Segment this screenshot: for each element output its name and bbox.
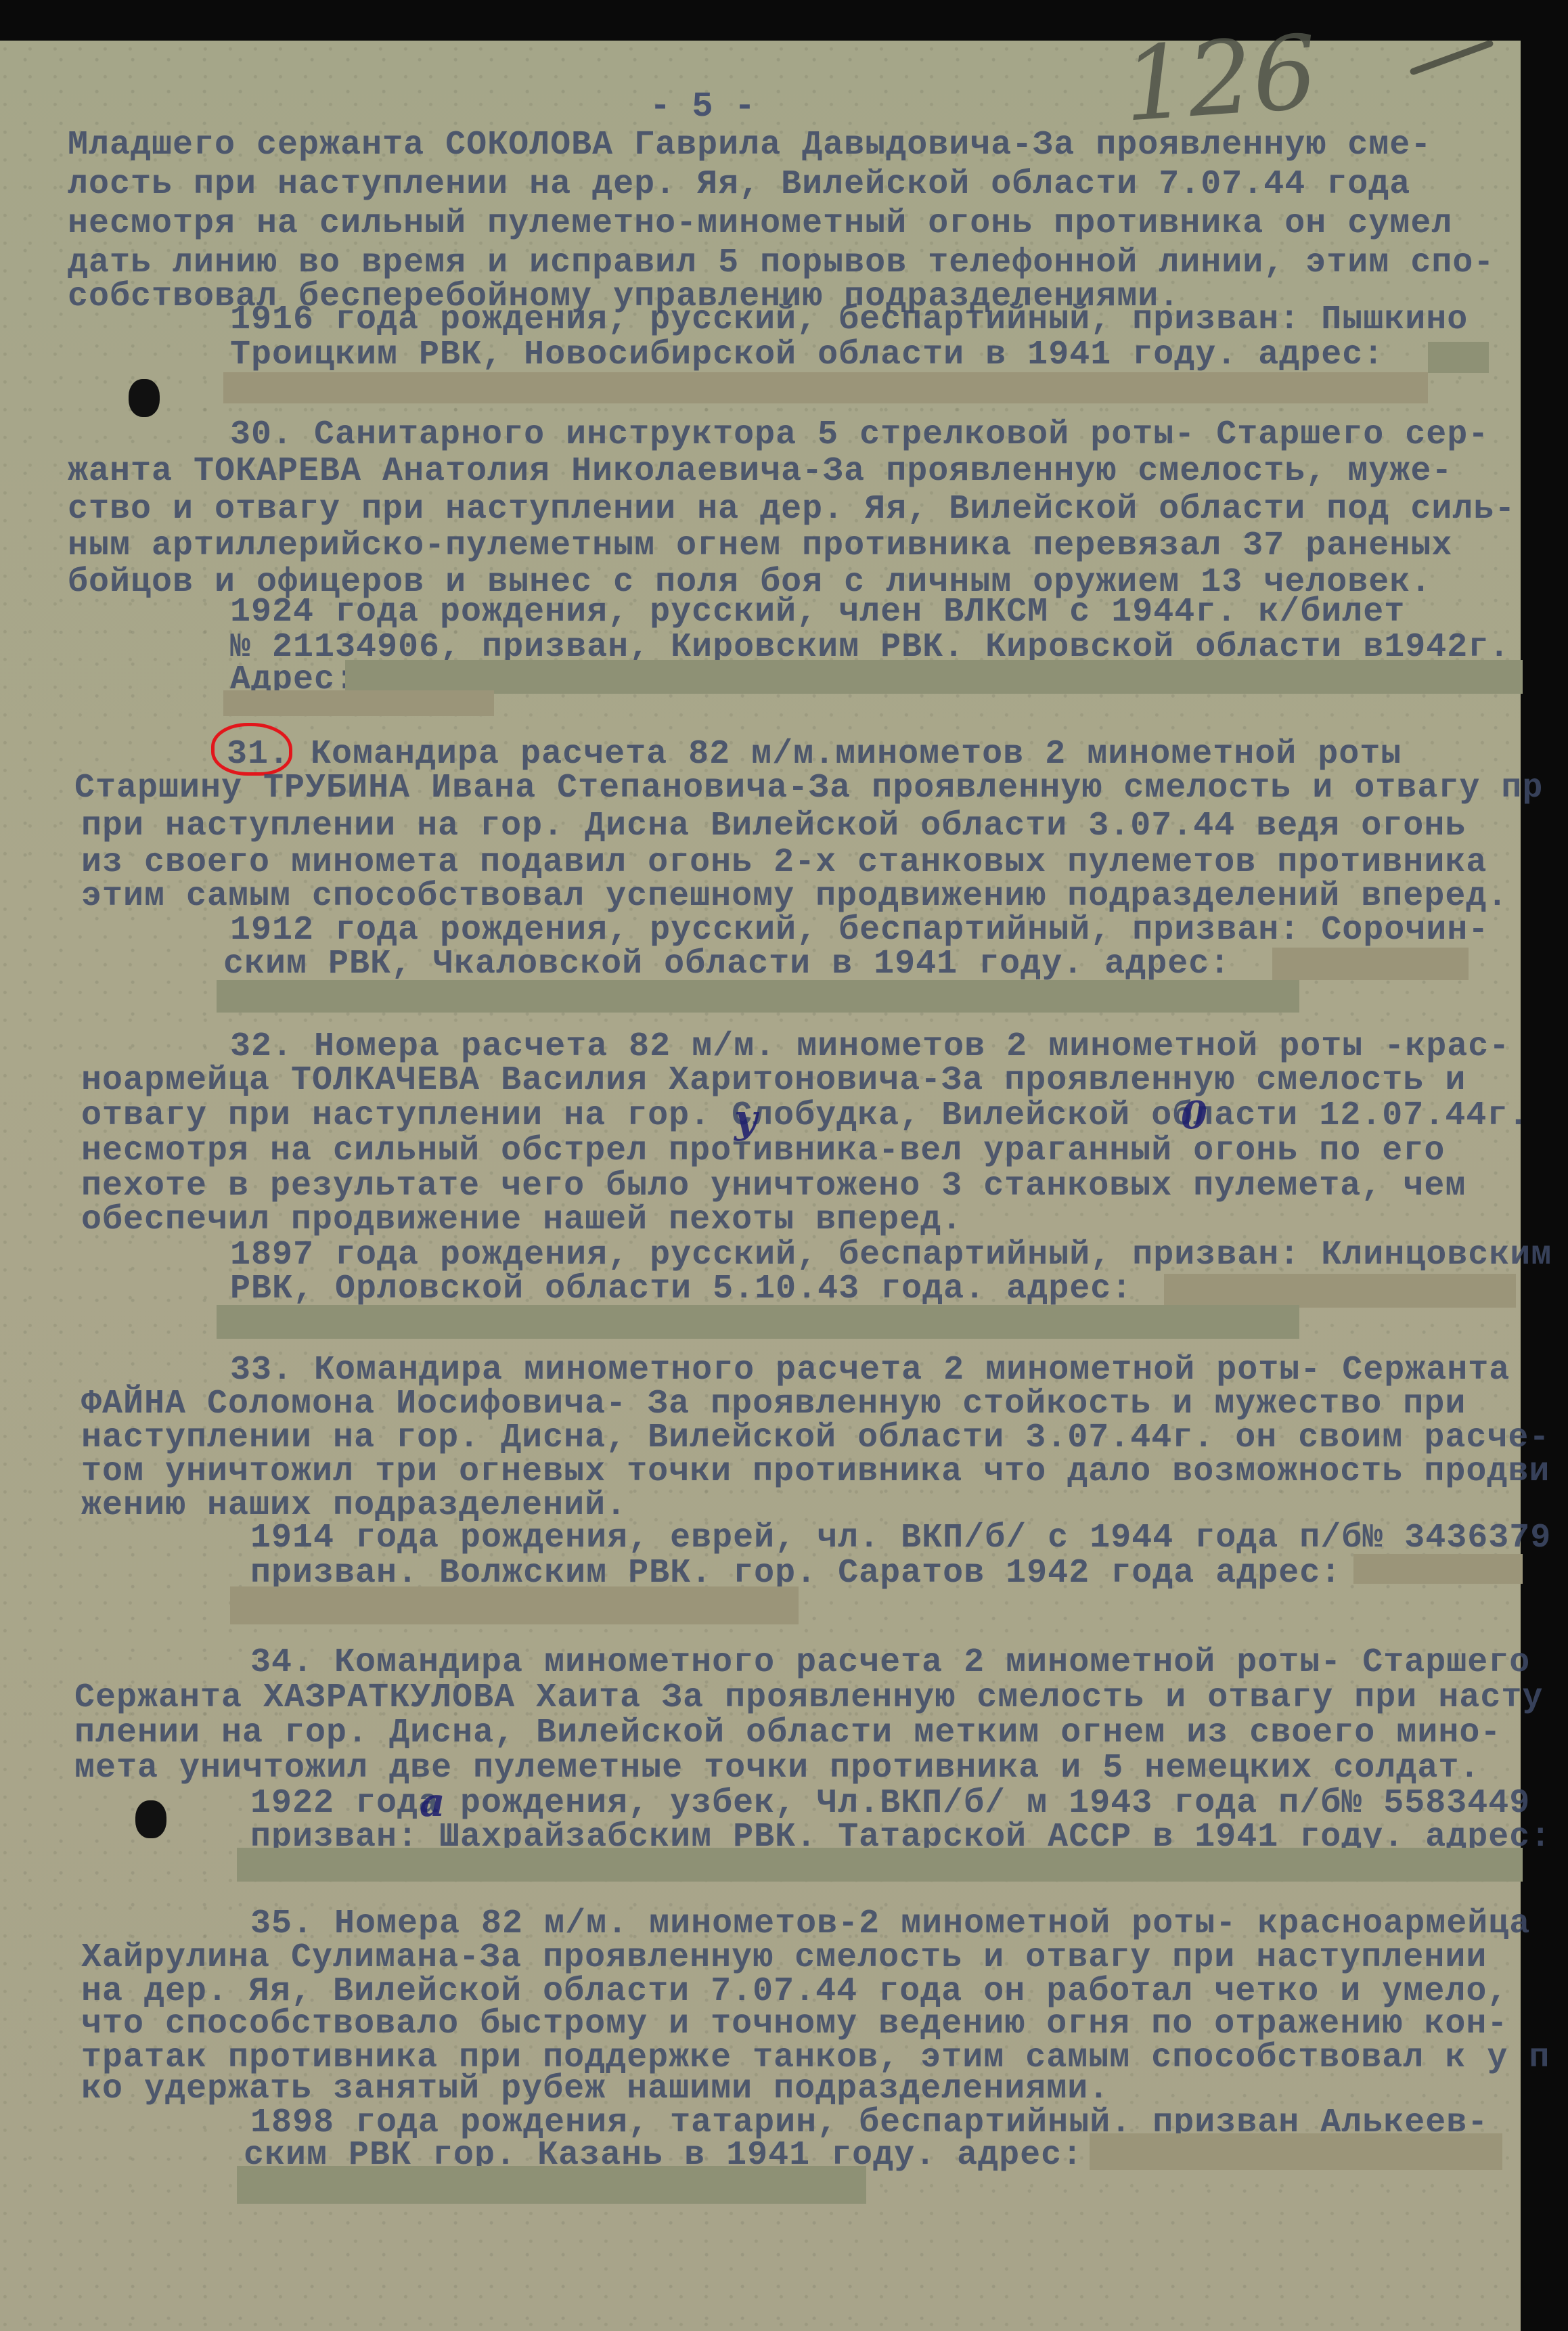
entry-line: несмотря на сильный пулеметно-минометный… (68, 207, 1452, 241)
redaction-bar (1272, 948, 1469, 980)
entry-line: 35. Номера 82 м/м. минометов-2 минометно… (250, 1907, 1530, 1941)
entry-bio-line: 1912 года рождения, русский, беспартийны… (230, 914, 1489, 948)
redaction-bar (1428, 342, 1489, 373)
entry-line: 33. Командира минометного расчета 2 мино… (230, 1354, 1510, 1387)
punch-hole (129, 379, 160, 417)
punch-hole (135, 1800, 166, 1838)
redaction-bar (237, 2166, 866, 2204)
redaction-bar (217, 980, 1299, 1013)
entry-line: 30. Санитарного инструктора 5 стрелковой… (230, 418, 1489, 452)
entry-bio-line: 1924 года рождения, русский, член ВЛКСМ … (230, 596, 1405, 629)
entry-line: ным артиллерийско-пулеметным огнем проти… (68, 529, 1452, 563)
entry-line: дать линию во время и исправил 5 порывов… (68, 246, 1494, 280)
entry-line: что способствовало быстрому и точному ве… (81, 2007, 1508, 2041)
entry-line: 31. Командира расчета 82 м/м.минометов 2… (227, 738, 1402, 772)
pen-correction: у (734, 1099, 759, 1138)
entry-line: мета уничтожил две пулеметные точки прот… (74, 1752, 1480, 1785)
redaction-bar (1353, 1554, 1523, 1584)
entry-line: Старшину ТРУБИНА Ивана Степановича-За пр… (74, 772, 1543, 805)
pen-correction: а (420, 1783, 446, 1822)
redaction-bar (223, 690, 494, 716)
entry-line: на дер. Яя, Вилейской области 7.07.44 го… (81, 1975, 1508, 2009)
entry-line: ноармейца ТОЛКАЧЕВА Василия Харитоновича… (81, 1064, 1466, 1098)
entry-line: Хайрулина Сулимана-За проявленную смелос… (81, 1941, 1487, 1975)
entry-line: жанта ТОКАРЕВА Анатолия Николаевича-За п… (68, 455, 1452, 489)
entry-line: при наступлении на гор. Дисна Вилейской … (81, 809, 1466, 843)
entry-line: том уничтожил три огневых точки противни… (81, 1455, 1550, 1489)
entry-bio-line: Троицким РВК, Новосибирской области в 19… (230, 338, 1384, 372)
entry-bio-line: РВК, Орловской области 5.10.43 года. адр… (230, 1272, 1132, 1306)
redaction-bar (230, 1586, 799, 1624)
entry-bio-line: 1916 года рождения, русский, беспартийны… (230, 303, 1468, 337)
entry-line: 32. Номера расчета 82 м/м. минометов 2 м… (230, 1030, 1510, 1064)
entry-line: наступлении на гор. Дисна, Вилейской обл… (81, 1421, 1550, 1455)
pen-correction: 0 (1181, 1096, 1208, 1134)
entry-line: пехоте в результате чего было уничтожено… (81, 1170, 1466, 1203)
redaction-bar (1164, 1274, 1516, 1308)
redaction-bar (217, 1305, 1299, 1339)
entry-line: несмотря на сильный обстрел противника-в… (81, 1134, 1445, 1168)
entry-line: лость при наступлении на дер. Яя, Вилейс… (68, 168, 1410, 202)
entry-line: этим самым способствовал успешному продв… (81, 880, 1508, 914)
entry-line: ФАЙНА Соломона Иосифовича- За проявленну… (81, 1387, 1466, 1421)
entry-bio-line: 1914 года рождения, еврей, чл. ВКП/б/ с … (250, 1522, 1551, 1555)
redaction-bar (1090, 2133, 1502, 2170)
entry-bio-line: 1897 года рождения, русский, беспартийны… (230, 1239, 1552, 1272)
entry-bio-line: призван. Волжским РВК. гор. Саратов 1942… (250, 1557, 1341, 1591)
entry-line: 34. Командира минометного расчета 2 мино… (250, 1646, 1530, 1680)
entry-line: плении на гор. Дисна, Вилейской области … (74, 1716, 1501, 1750)
redaction-bar (237, 1848, 1523, 1882)
entry-line: Младшего сержанта СОКОЛОВА Гаврила Давыд… (68, 129, 1431, 162)
page-number: - 5 - (650, 87, 755, 127)
entry-line: ство и отвагу при наступлении на дер. Яя… (68, 493, 1515, 527)
entry-line: отвагу при наступлении на гор. Слобудка,… (81, 1099, 1529, 1133)
entry-line: обеспечил продвижение нашей пехоты впере… (81, 1203, 962, 1237)
entry-line: из своего миномета подавил огонь 2-х ста… (81, 846, 1487, 880)
redaction-bar (223, 372, 1428, 403)
entry-bio-line: ским РВК, Чкаловской области в 1941 году… (223, 948, 1230, 981)
redaction-bar (345, 660, 1523, 694)
entry-line: жению наших подразделений. (81, 1489, 627, 1523)
entry-line: ко удержать занятый рубеж нашими подразд… (81, 2072, 1109, 2106)
entry-line: Сержанта ХАЗРАТКУЛОВА Хаита За проявленн… (74, 1681, 1543, 1715)
handwritten-sheet-number: 126 (1119, 14, 1321, 145)
scan-border-top (0, 0, 1568, 41)
scan-border-right (1521, 0, 1568, 2331)
